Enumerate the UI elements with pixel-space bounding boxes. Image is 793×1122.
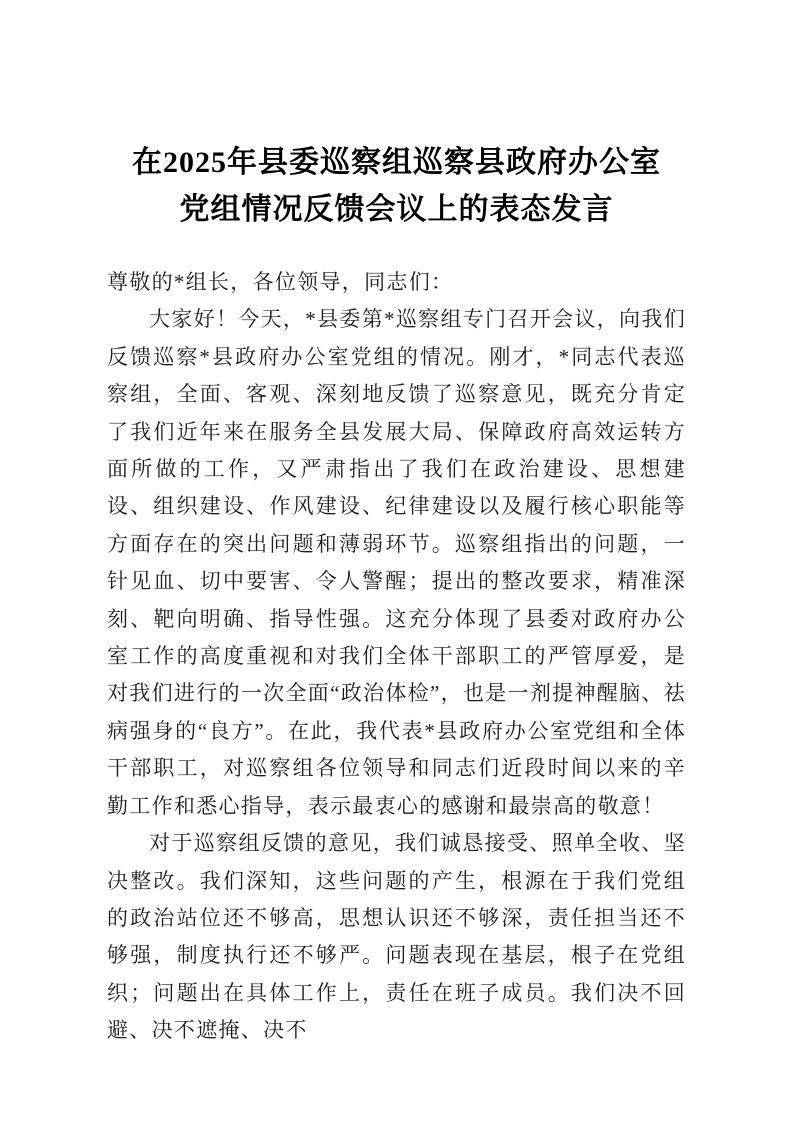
document-title: 在2025年县委巡察组巡察县政府办公室 党组情况反馈会议上的表态发言 (107, 139, 686, 233)
title-line-1: 在2025年县委巡察组巡察县政府办公室 (107, 139, 686, 186)
body-paragraph-1: 大家好！今天，*县委第*巡察组专门召开会议，向我们反馈巡察*县政府办公室党组的情… (107, 301, 686, 825)
body-paragraph-2: 对于巡察组反馈的意见，我们诚恳接受、照单全收、坚决整改。我们深知，这些问题的产生… (107, 825, 686, 1049)
document-page: 在2025年县委巡察组巡察县政府办公室 党组情况反馈会议上的表态发言 尊敬的*组… (0, 0, 793, 1122)
document-body: 尊敬的*组长，各位领导，同志们： 大家好！今天，*县委第*巡察组专门召开会议，向… (107, 264, 686, 1050)
salutation-line: 尊敬的*组长，各位领导，同志们： (107, 264, 686, 301)
title-line-2: 党组情况反馈会议上的表态发言 (107, 186, 686, 233)
